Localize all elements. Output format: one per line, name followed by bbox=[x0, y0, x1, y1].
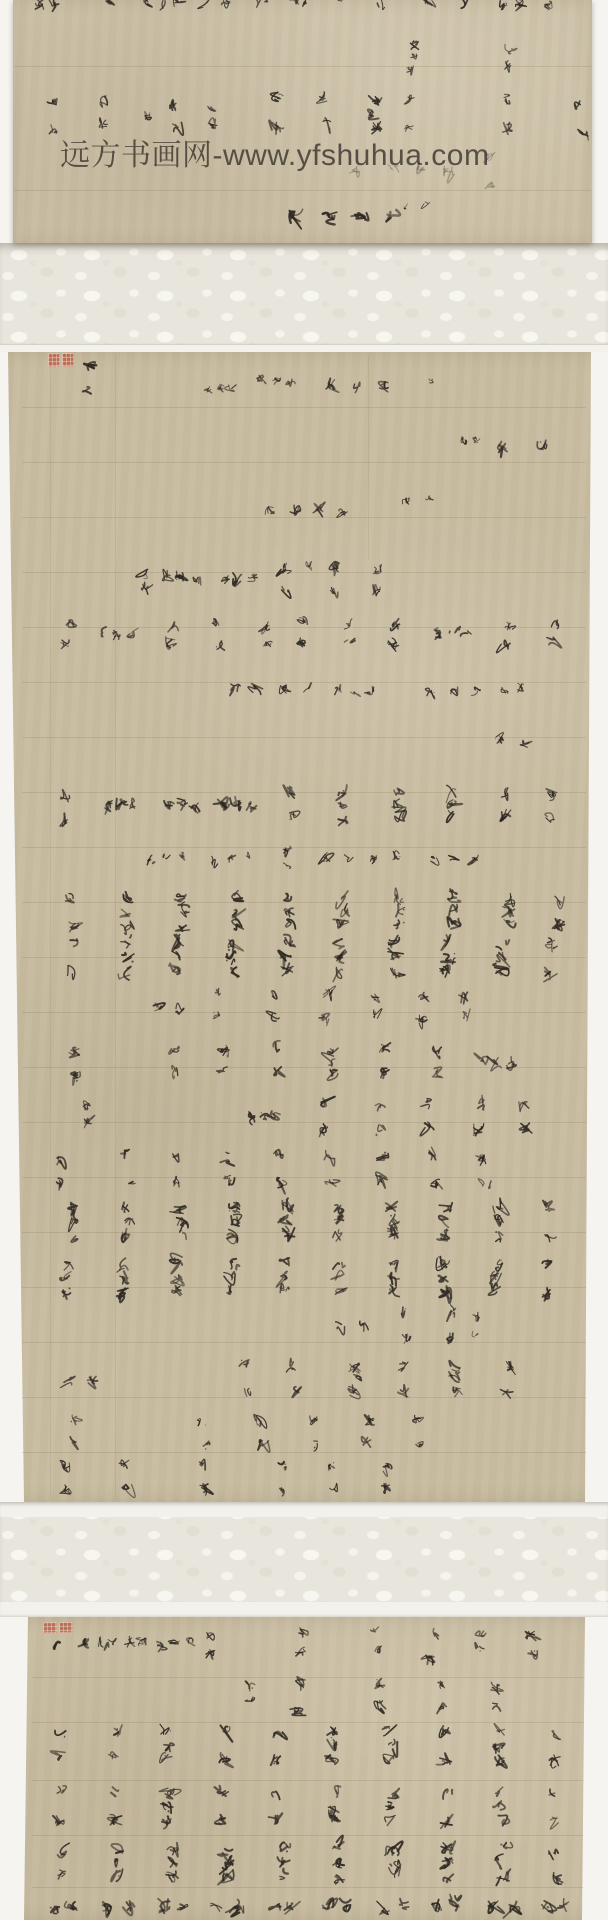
mounting-strip bbox=[0, 1602, 608, 1617]
paper-sheet-top bbox=[13, 0, 592, 243]
mounting-strip bbox=[0, 1502, 608, 1517]
mounting-strip bbox=[0, 345, 608, 352]
watermark-text: 远方书画网-www.yfshuhua.com bbox=[60, 139, 489, 172]
silk-band-lower bbox=[0, 1502, 608, 1617]
scroll-photo: 远方书画网-www.yfshuhua.com bbox=[0, 0, 608, 1920]
paper-sheet-main bbox=[0, 352, 608, 1502]
paper-sheet-bottom bbox=[0, 1617, 608, 1920]
silk-band-upper bbox=[0, 243, 608, 352]
